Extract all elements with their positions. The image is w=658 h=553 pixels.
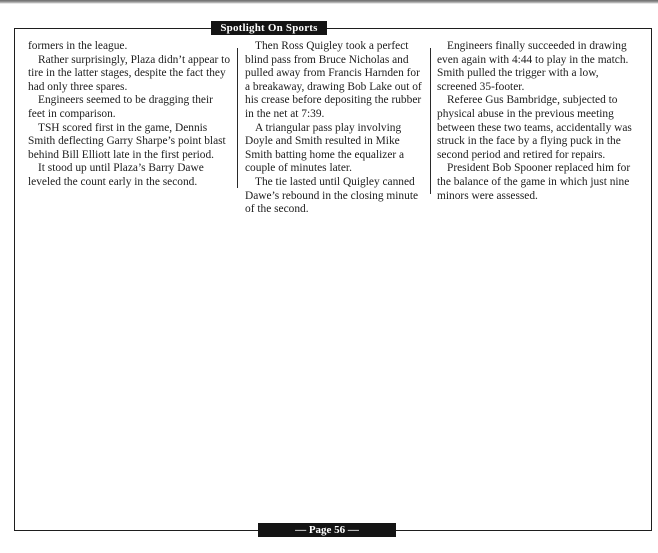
article-column-1: formers in the league. Rather surprising… <box>28 40 230 190</box>
paragraph: formers in the league. <box>28 40 230 54</box>
section-header-banner: Spotlight On Sports <box>211 21 327 35</box>
column-divider <box>430 48 431 194</box>
scan-top-edge <box>0 0 658 4</box>
paragraph: Rather surprisingly, Plaza didn’t appear… <box>28 54 230 95</box>
paragraph: Engineers seemed to be dragging their fe… <box>28 94 230 121</box>
article-column-3: Engineers finally succeeded in drawing e… <box>437 40 637 203</box>
paragraph: TSH scored first in the game, Dennis Smi… <box>28 122 230 163</box>
paragraph: Then Ross Quigley took a perfect blind p… <box>245 40 427 122</box>
paragraph: Engineers finally succeeded in drawing e… <box>437 40 637 94</box>
column-divider <box>237 48 238 188</box>
paragraph: A triangular pass play involving Doyle a… <box>245 122 427 176</box>
paragraph: The tie lasted until Quigley canned Dawe… <box>245 176 427 217</box>
article-column-2: Then Ross Quigley took a perfect blind p… <box>245 40 427 217</box>
page-number-banner: — Page 56 — <box>258 523 396 537</box>
page-number: — Page 56 — <box>295 524 359 536</box>
paragraph: It stood up until Plaza’s Barry Dawe lev… <box>28 162 230 189</box>
paragraph: President Bob Spooner replaced him for t… <box>437 162 637 203</box>
paragraph: Referee Gus Bambridge, subjected to phys… <box>437 94 637 162</box>
section-title: Spotlight On Sports <box>220 22 317 34</box>
